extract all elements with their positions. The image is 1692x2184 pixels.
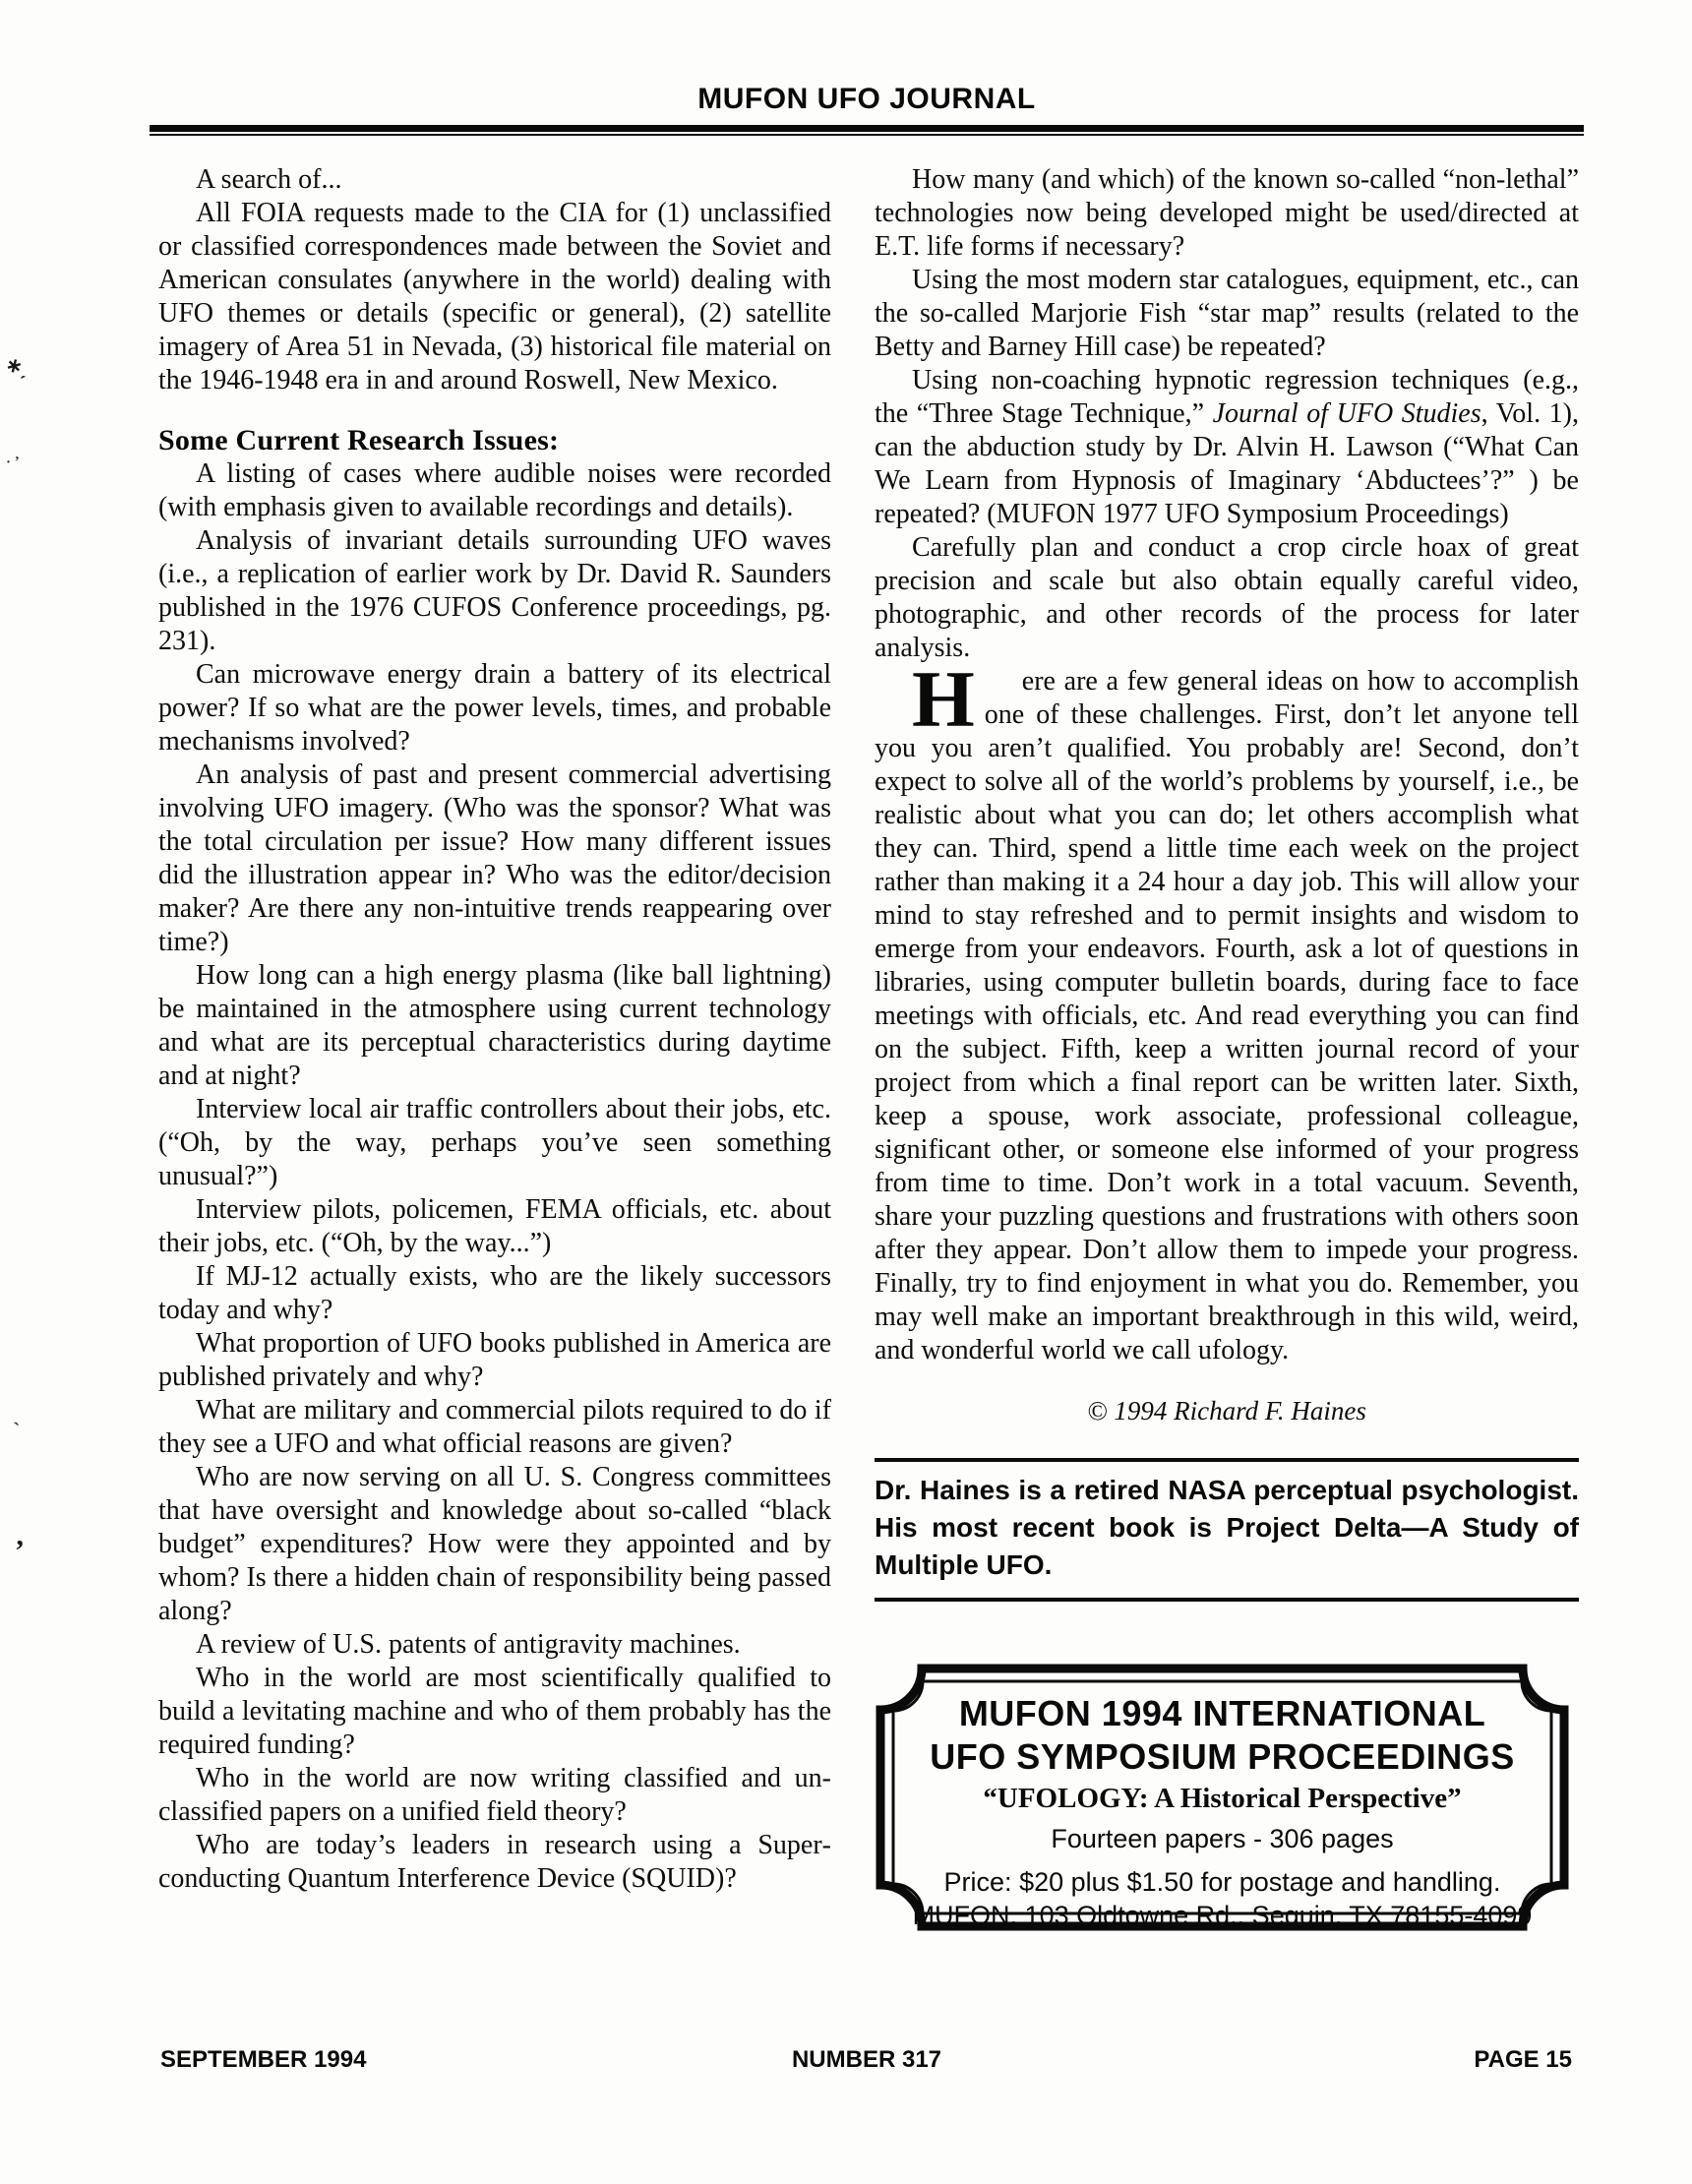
- section-heading-research-issues: Some Current Research Issues:: [158, 424, 831, 457]
- question-paragraph: How many (and which) of the known so-cal…: [875, 163, 1579, 264]
- research-paragraph: What are military and commercial pilots …: [158, 1394, 831, 1461]
- journal-title-italic: Journal of UFO Studies: [1213, 398, 1481, 429]
- research-paragraph: How long can a high energy plasma (like …: [158, 959, 831, 1093]
- left-column: A search of... All FOIA requests made to…: [158, 163, 831, 1896]
- ad-title-line2: UFO SYMPOSIUM PROCEEDINGS: [904, 1735, 1541, 1779]
- advice-paragraph: Here are a few general ideas on how to a…: [875, 665, 1579, 1367]
- research-paragraph: What proportion of UFO books published i…: [158, 1327, 831, 1394]
- research-paragraph: Who in the world are most scientifically…: [158, 1662, 831, 1762]
- dropcap-letter: H: [875, 669, 975, 730]
- research-paragraph: Who are now serving on all U. S. Congres…: [158, 1461, 831, 1628]
- research-paragraph: If MJ-12 actually exists, who are the li…: [158, 1260, 831, 1327]
- advice-text: ere are a few general ideas on how to ac…: [875, 666, 1579, 1365]
- research-paragraph: Who are today’s leaders in research usin…: [158, 1829, 831, 1896]
- masthead-rule-secondary: [150, 134, 1584, 136]
- research-paragraph: Interview local air traffic controllers …: [158, 1093, 831, 1193]
- right-column: How many (and which) of the known so-cal…: [875, 163, 1579, 1932]
- scan-artifact: · ʼ: [6, 455, 20, 471]
- ad-papers-line: Fourteen papers - 306 pages: [904, 1822, 1541, 1855]
- research-paragraph: Interview pilots, policemen, FEMA offici…: [158, 1193, 831, 1260]
- research-paragraph: A listing of cases where audible noises …: [158, 457, 831, 524]
- foia-paragraph: All FOIA requests made to the CIA for (1…: [158, 197, 831, 397]
- research-paragraph: Who in the world are now writing classif…: [158, 1762, 831, 1829]
- intro-paragraph: A search of...: [158, 163, 831, 197]
- ad-subtitle: “UFOLOGY: A Historical Perspective”: [904, 1781, 1541, 1816]
- research-paragraph: A review of U.S. patents of antigravity …: [158, 1628, 831, 1662]
- scan-artifact: ˎ: [13, 1401, 20, 1426]
- ad-content: MUFON 1994 INTERNATIONAL UFO SYMPOSIUM P…: [904, 1692, 1541, 1932]
- hypnosis-paragraph: Using non-coaching hypnotic regression t…: [875, 364, 1579, 531]
- research-paragraph: Can microwave energy drain a battery of …: [158, 658, 831, 758]
- question-paragraph: Using the most modern star catalogues, e…: [875, 264, 1579, 364]
- scan-artifact: ∗ˏ: [3, 352, 31, 382]
- ad-address-line: MUFON, 103 Oldtowne Rd., Seguin, TX 7815…: [904, 1899, 1541, 1932]
- footer-page-number: PAGE 15: [1474, 2046, 1572, 2074]
- research-paragraph: An analysis of past and present commerci…: [158, 758, 831, 959]
- author-bio-text: Dr. Haines is a retired NASA perceptual …: [875, 1472, 1579, 1584]
- research-paragraph: Analysis of invariant details surroundin…: [158, 524, 831, 658]
- footer-issue-number: NUMBER 317: [792, 2046, 941, 2074]
- scan-artifact: ʼ: [15, 1535, 25, 1568]
- ad-title-line1: MUFON 1994 INTERNATIONAL: [904, 1692, 1541, 1735]
- copyright-line: © 1994 Richard F. Haines: [875, 1395, 1579, 1426]
- symposium-proceedings-ad: MUFON 1994 INTERNATIONAL UFO SYMPOSIUM P…: [875, 1663, 1570, 1932]
- masthead-rule: [150, 125, 1584, 132]
- footer-issue-date: SEPTEMBER 1994: [160, 2046, 366, 2074]
- author-bio-box: Dr. Haines is a retired NASA perceptual …: [875, 1458, 1579, 1602]
- masthead-title: MUFON UFO JOURNAL: [150, 83, 1584, 116]
- page-footer: SEPTEMBER 1994 NUMBER 317 PAGE 15: [150, 2046, 1584, 2076]
- journal-page: MUFON UFO JOURNAL ∗ˏ · ʼ ˎ ʼ A search of…: [0, 0, 1692, 2184]
- crop-circle-paragraph: Carefully plan and conduct a crop circle…: [875, 531, 1579, 665]
- ad-price-line: Price: $20 plus $1.50 for postage and ha…: [904, 1865, 1541, 1899]
